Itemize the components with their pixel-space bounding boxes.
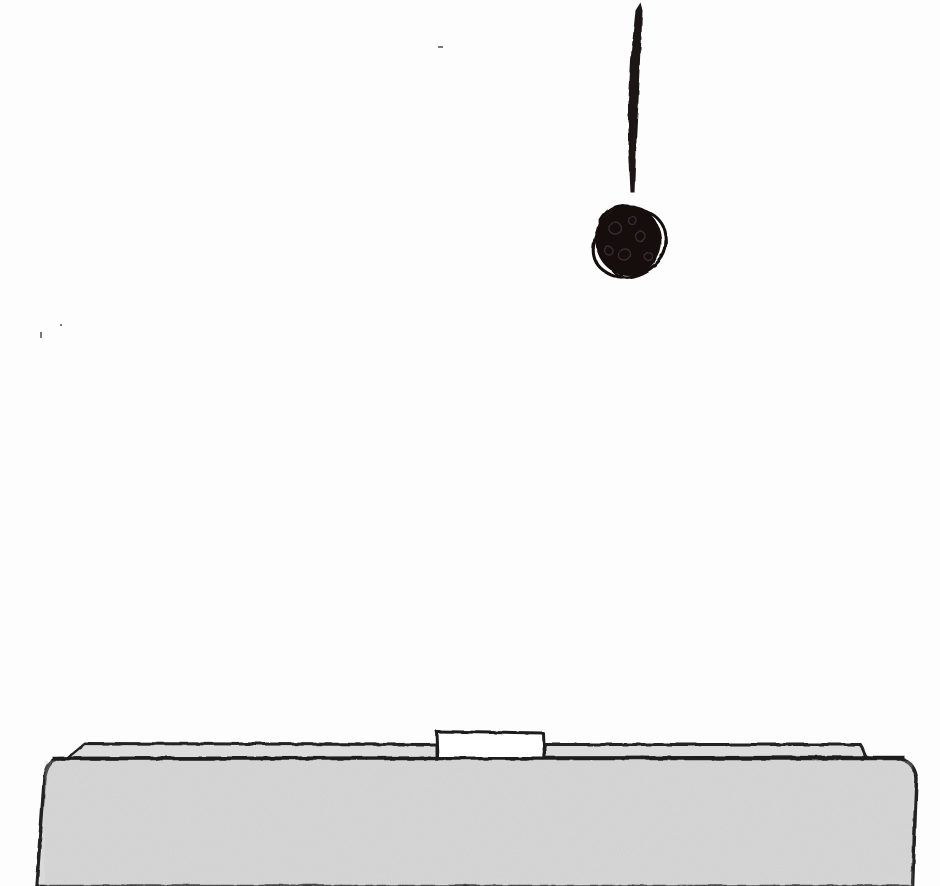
shaded-box (36, 731, 916, 886)
sketch-canvas (0, 0, 940, 886)
exclamation-mark-icon (593, 2, 666, 277)
exclamation-stroke (628, 2, 642, 192)
box-lid (66, 743, 436, 758)
box-tab (436, 731, 544, 758)
stray-marks (40, 46, 443, 338)
exclamation-dot (593, 205, 666, 277)
